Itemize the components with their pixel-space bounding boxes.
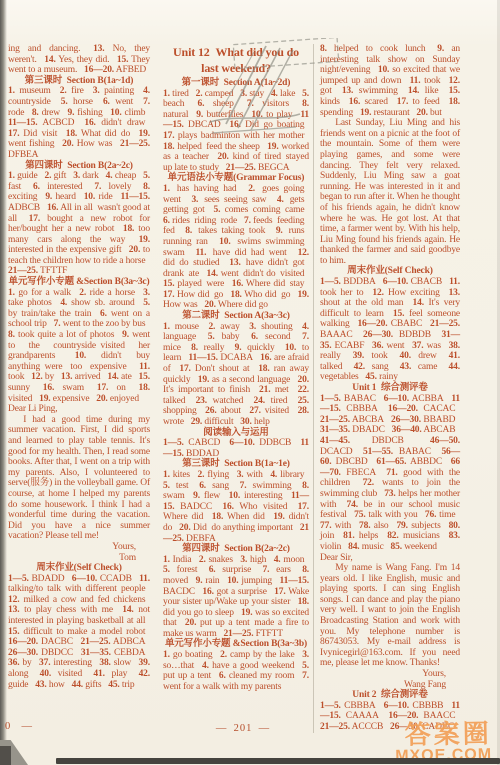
answer-paragraph: 1. go for a walk 2. ride a horse 3. take… [8,288,150,405]
watermark-logo-text: 答案圈 [395,720,492,748]
section-heading: 第一课时 Section A(1a~2d) [163,78,309,89]
answer-paragraph: 1. tired 2. camped 3. stay 4. lake 5. be… [163,89,309,174]
answer-columns: ing and dancing. 13. No, they weren't. 1… [8,44,466,733]
section-heading: 单元写作小专题 &Section B(3a~3c) [8,277,150,288]
section-heading: 单元写作小专题 &Section B(3a~3b) [163,639,309,650]
section-heading: Unit 2 综合测评卷 [320,690,460,701]
answer-paragraph: 1. museum 2. fire 3. painting 4. country… [8,86,150,160]
left-page-number-fragment: 0 — [5,721,35,732]
scan-corner-dark [0,746,11,765]
letter-closing: Wang Fang [320,680,460,691]
column-1: ing and dancing. 13. No, they weren't. 1… [8,44,150,690]
letter-closing: Yours, [8,542,150,553]
letter-closing: Tom [8,553,150,564]
unit-title: Unit 12 What did you do last weekend? [163,44,309,78]
page-number: — 201 — [168,723,318,734]
answer-paragraph: 1. has having had 2. goes going went 3. … [163,184,309,311]
answer-paragraph: I had a good time during my summer vacat… [8,415,150,542]
answer-paragraph: 1. mouse 2. away 3. shouting 4. language… [163,322,309,428]
section-heading: 单元语法小专题(Grammar Focus) [163,173,309,184]
answer-paragraph: My name is Wang Fang. I'm 14 years old. … [320,563,460,669]
section-heading: 第三课时 Section B(1a~1d) [8,76,150,87]
answer-paragraph: Dear Li Ping, [8,404,150,415]
scan-edge-left [0,0,7,765]
scan-edge-bottom-bar [56,758,500,764]
letter-closing: Yours, [320,669,460,680]
answer-paragraph: 1. India 2. snakes 3. high 4. moon 5. fo… [163,555,309,640]
answer-paragraph: Last Sunday, Liu Ming and his friends we… [320,118,460,266]
section-heading: 第四课时 Section B(2a~2c) [163,544,309,555]
section-heading: 周末作业(Self Check) [8,563,150,574]
section-heading: 第二课时 Section A(3a~3c) [163,311,309,322]
section-heading: Unit 1 综合测评卷 [320,383,460,394]
answer-paragraph: 1—5. BDDBA 6—10. CBACB 11. took her to 1… [320,277,460,383]
answer-paragraph: 1. go boating 2. camp by the lake 3. so…… [163,650,309,692]
column-2: Unit 12 What did you do last weekend?第一课… [163,44,309,692]
section-heading: 阅读输入与运用 [163,428,309,439]
answer-paragraph: 8. helped to cook lunch 9. an interestin… [320,44,460,118]
answer-paragraph: ing and dancing. 13. No, they weren't. 1… [8,44,150,76]
scanned-answer-page: ing and dancing. 13. No, they weren't. 1… [0,0,500,765]
answer-paragraph: 1—5. BDADD 6—10. CCADB 11. talking/to ta… [8,574,150,691]
answer-paragraph: 1—5. CABCD 6—10. DDBCB 11—15. BDDAD [163,438,309,459]
column-3: 8. helped to cook lunch 9. an interestin… [313,44,460,733]
section-heading: 第四课时 Section B(2a~2c) [8,161,150,172]
section-heading: 第三课时 Section B(1a~1e) [163,459,309,470]
section-heading: 周末作业(Self Check) [320,266,460,277]
answer-paragraph: Dear Sir, [320,553,460,564]
answer-paragraph: 1. kites 2. flying 3. with 4. library 5.… [163,470,309,544]
answer-paragraph: 1. guide 2. gift 3. dark 4. cheap 5. fas… [8,171,150,277]
answer-paragraph: 1—5. BABAC 6—10. ACBBA 11—15. CBBBA 16—2… [320,394,460,553]
